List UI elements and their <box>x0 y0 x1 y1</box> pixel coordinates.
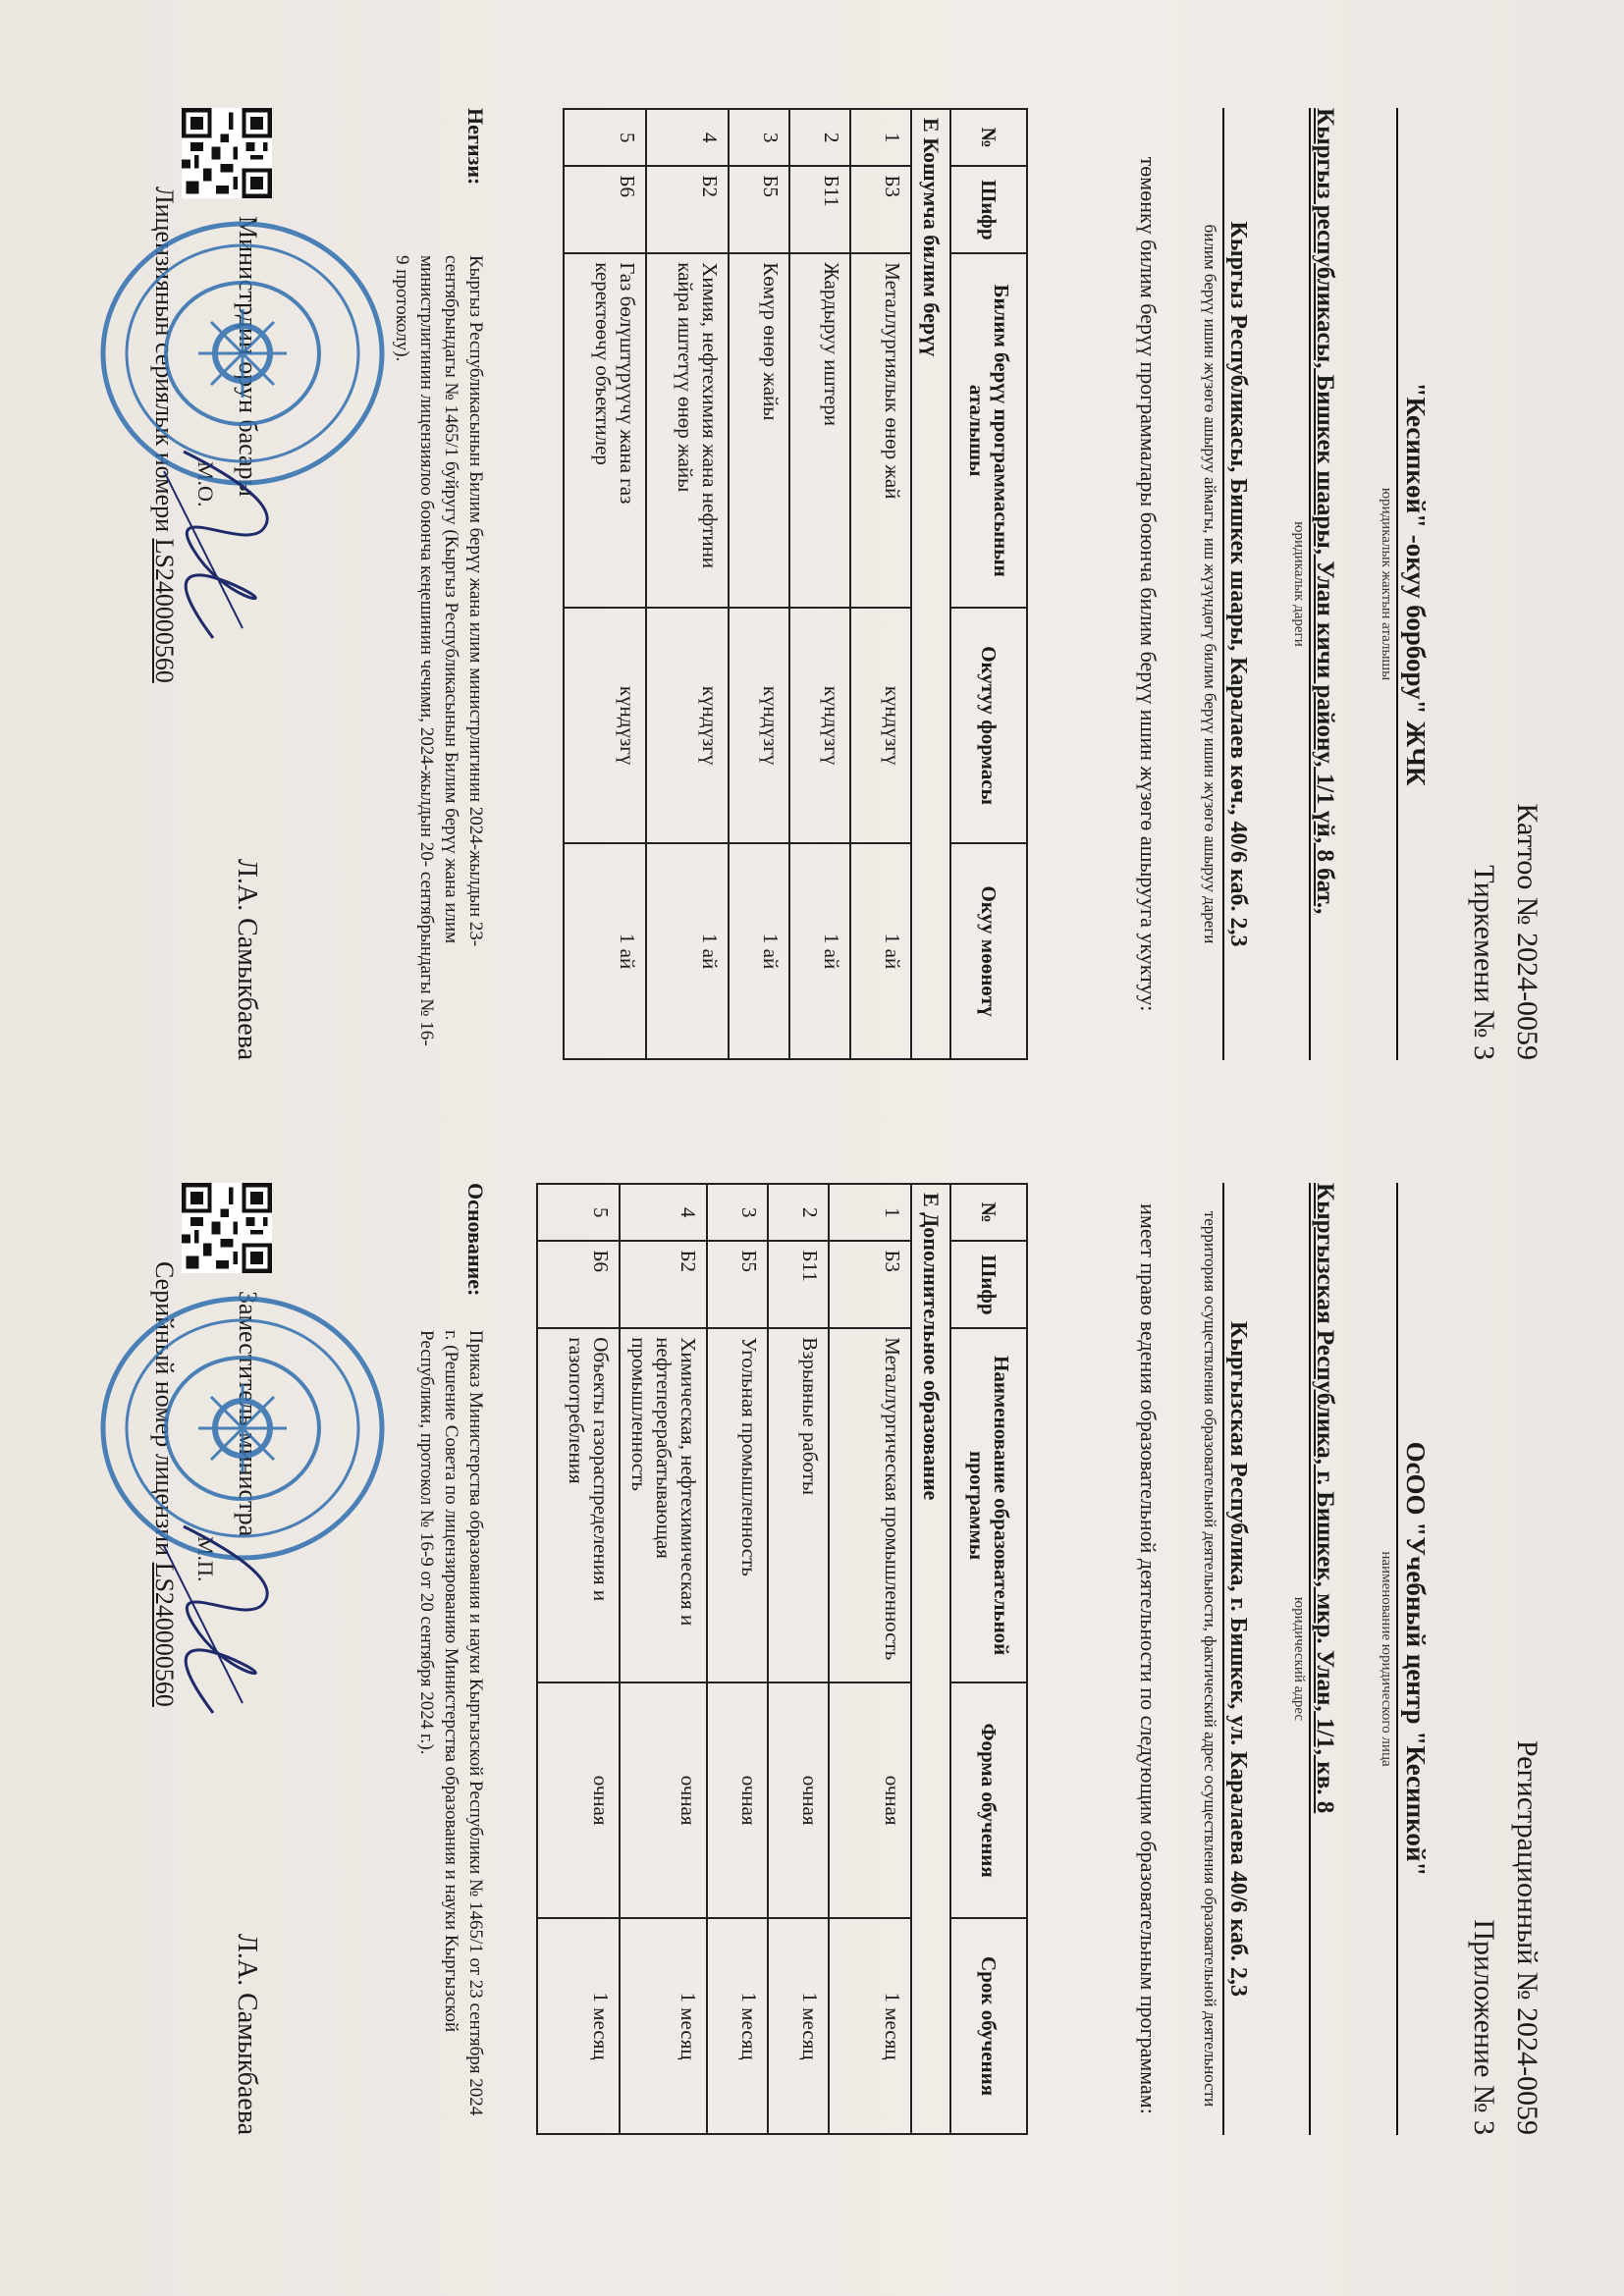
signer-name: Л.А. Самыкбаева <box>231 859 262 1060</box>
row-code: Б5 <box>707 1241 768 1328</box>
row-program-name: Взрывные работы <box>768 1328 829 1682</box>
row-number: 2 <box>789 109 850 166</box>
header-program-name: Наименование образовательной программы <box>950 1328 1027 1682</box>
row-program-name: Жардыруу иштери <box>789 253 850 608</box>
signature-icon <box>144 1517 301 1733</box>
row-number: 1 <box>850 109 911 166</box>
row-study-term: 1 ай <box>646 843 729 1059</box>
row-program-name: Газ бөлүштүрүүчү жана газ керектөөчү объ… <box>564 253 646 608</box>
russian-section: Регистрационный № 2024-0059 Приложение №… <box>46 1144 1578 2135</box>
basis-block: Основание: Приказ Министерства образован… <box>414 1183 488 2125</box>
row-number: 3 <box>729 109 789 166</box>
row-number: 5 <box>537 1184 620 1241</box>
table-row: 4 Б2 Химическая, нефтехимическая и нефте… <box>620 1184 707 2134</box>
organization-block: ОсОО "Учебный центр "Кесипкой" наименова… <box>1134 1183 1431 2135</box>
kyrgyz-section: Каттоо № 2024-0059 Тиркемени № 3 "Кесипк… <box>46 69 1578 1060</box>
table-row: 3 Б5 Угольная промышленность очная 1 мес… <box>707 1184 768 2134</box>
row-study-form: күндүзгү <box>729 608 789 843</box>
row-number: 1 <box>829 1184 911 1241</box>
activity-address-caption: билим берүү ишин жүзөгө ашыруу аймагы, и… <box>1199 108 1220 1060</box>
row-study-term: 1 ай <box>789 843 850 1059</box>
table-section-heading: Е Дополнительное образование <box>911 1184 950 2134</box>
legal-address-caption: юридикалык дареги <box>1290 108 1307 1060</box>
activity-address-caption: территория осуществления образовательной… <box>1199 1183 1220 2135</box>
row-code: Б5 <box>729 166 789 253</box>
row-study-form: очная <box>707 1682 768 1918</box>
row-number: 4 <box>620 1184 707 1241</box>
header-study-term: Окуу мөөнөтү <box>950 843 1027 1059</box>
row-code: Б3 <box>829 1241 911 1328</box>
table-header-row: № Шифр Наименование образовательной прог… <box>950 1184 1027 2134</box>
table-row: 2 Б11 Жардыруу иштери күндүзгү 1 ай <box>789 109 850 1059</box>
table-row: 4 Б2 Химия, нефтехимия жана нефтини кайр… <box>646 109 729 1059</box>
header-number: № <box>950 1184 1027 1241</box>
divider <box>1396 108 1398 1060</box>
row-study-term: 1 месяц <box>707 1918 768 2134</box>
row-code: Б2 <box>646 166 729 253</box>
license-appendix-sheet: Каттоо № 2024-0059 Тиркемени № 3 "Кесипк… <box>46 69 1578 2228</box>
basis-block: Негизи: Кыргыз Республикасынын Билим бер… <box>390 108 488 1050</box>
header-study-form: Окутуу формасы <box>950 608 1027 843</box>
appendix-number: Приложение № 3 <box>1462 1740 1505 2135</box>
header-code: Шифр <box>950 1241 1027 1328</box>
divider <box>1396 1183 1398 2135</box>
programs-table: № Шифр Билим берүү программасынын аталыш… <box>563 108 1028 1060</box>
organization-block: "Кесипкөй" -окуу борбору" ЖЧК юридикалык… <box>1134 108 1431 1060</box>
organization-name: "Кесипкөй" -окуу борбору" ЖЧК <box>1400 108 1431 1060</box>
registration-block: Каттоо № 2024-0059 Тиркемени № 3 <box>1462 803 1548 1060</box>
intro-text: имеет право ведения образовательной деят… <box>1134 1183 1162 2135</box>
organization-name: ОсОО "Учебный центр "Кесипкой" <box>1400 1183 1431 2135</box>
signer-name: Л.А. Самыкбаева <box>231 1934 262 2135</box>
activity-address: Кыргыз Республикасы, Бишкек шаары, Карал… <box>1224 108 1251 1060</box>
intro-text: төмөнкү билим берүү программалары боюнча… <box>1134 108 1162 1060</box>
table-row: 3 Б5 Көмүр өнөр жайы күндүзгү 1 ай <box>729 109 789 1059</box>
table-header-row: № Шифр Билим берүү программасынын аталыш… <box>950 109 1027 1059</box>
basis-label: Основание: <box>414 1183 488 1330</box>
header-code: Шифр <box>950 166 1027 253</box>
row-code: Б6 <box>564 166 646 253</box>
row-code: Б11 <box>768 1241 829 1328</box>
row-study-term: 1 месяц <box>620 1918 707 2134</box>
organization-caption: наименование юридического лица <box>1378 1183 1394 2135</box>
qr-code-icon <box>182 1183 272 1273</box>
row-study-term: 1 ай <box>850 843 911 1059</box>
row-study-form: очная <box>537 1682 620 1918</box>
basis-text: Кыргыз Республикасынын Билим берүү жана … <box>390 255 488 1050</box>
row-program-name: Угольная промышленность <box>707 1328 768 1682</box>
appendix-number: Тиркемени № 3 <box>1462 803 1505 1060</box>
row-study-form: очная <box>829 1682 911 1918</box>
row-program-name: Көмүр өнөр жайы <box>729 253 789 608</box>
row-study-term: 1 месяц <box>829 1918 911 2134</box>
organization-caption: юридикалык жактын аталышы <box>1378 108 1394 1060</box>
row-program-name: Металлургиялык өнөр жай <box>850 253 911 608</box>
table-row: 5 Б6 Газ бөлүштүрүүчү жана газ керектөөч… <box>564 109 646 1059</box>
row-study-form: очная <box>768 1682 829 1918</box>
row-study-form: күндүзгү <box>789 608 850 843</box>
row-study-term: 1 месяц <box>537 1918 620 2134</box>
document-page: Каттоо № 2024-0059 Тиркемени № 3 "Кесипк… <box>0 0 1624 2296</box>
row-number: 4 <box>646 109 729 166</box>
row-program-name: Химическая, нефтехимическая и нефтеперер… <box>620 1328 707 1682</box>
header-program-name: Билим берүү программасынын аталышы <box>950 253 1027 608</box>
row-code: Б11 <box>789 166 850 253</box>
registration-number: Регистрационный № 2024-0059 <box>1505 1740 1548 2135</box>
row-code: Б3 <box>850 166 911 253</box>
row-program-name: Объекты газораспределения и газопотребле… <box>537 1328 620 1682</box>
row-program-name: Химия, нефтехимия жана нефтини кайра ишт… <box>646 253 729 608</box>
row-code: Б2 <box>620 1241 707 1328</box>
table-row: 1 Б3 Металлургическая промышленность очн… <box>829 1184 911 2134</box>
row-code: Б6 <box>537 1241 620 1328</box>
activity-address: Кыргызская Республика, г. Бишкек, ул. Ка… <box>1224 1183 1251 2135</box>
row-number: 3 <box>707 1184 768 1241</box>
header-study-form: Форма обучения <box>950 1682 1027 1918</box>
registration-number: Каттоо № 2024-0059 <box>1505 803 1548 1060</box>
legal-address: Кыргыз республикасы, Бишкек шаары, Улан … <box>1311 108 1338 1060</box>
row-study-form: күндүзгү <box>850 608 911 843</box>
row-study-form: очная <box>620 1682 707 1918</box>
legal-address: Кыргызская Республика, г. Бишкек, мкр. У… <box>1311 1183 1338 2135</box>
table-row: 5 Б6 Объекты газораспределения и газопот… <box>537 1184 620 2134</box>
row-number: 2 <box>768 1184 829 1241</box>
row-study-form: күндүзгү <box>646 608 729 843</box>
row-program-name: Металлургическая промышленность <box>829 1328 911 1682</box>
qr-code-icon <box>182 108 272 198</box>
header-number: № <box>950 109 1027 166</box>
table-row: 2 Б11 Взрывные работы очная 1 месяц <box>768 1184 829 2134</box>
header-study-term: Срок обучения <box>950 1918 1027 2134</box>
programs-table: № Шифр Наименование образовательной прог… <box>536 1183 1028 2135</box>
row-study-term: 1 ай <box>729 843 789 1059</box>
table-section-heading: Е Кошумча билим берүү <box>911 109 950 1059</box>
row-study-term: 1 ай <box>564 843 646 1059</box>
row-study-term: 1 месяц <box>768 1918 829 2134</box>
row-study-form: күндүзгү <box>564 608 646 843</box>
row-number: 5 <box>564 109 646 166</box>
table-row: 1 Б3 Металлургиялык өнөр жай күндүзгү 1 … <box>850 109 911 1059</box>
basis-label: Негизи: <box>390 108 488 255</box>
registration-block: Регистрационный № 2024-0059 Приложение №… <box>1462 1740 1548 2135</box>
legal-address-caption: юридический адрес <box>1290 1183 1307 2135</box>
signature-icon <box>144 442 301 658</box>
basis-text: Приказ Министерства образования и науки … <box>414 1330 488 2125</box>
